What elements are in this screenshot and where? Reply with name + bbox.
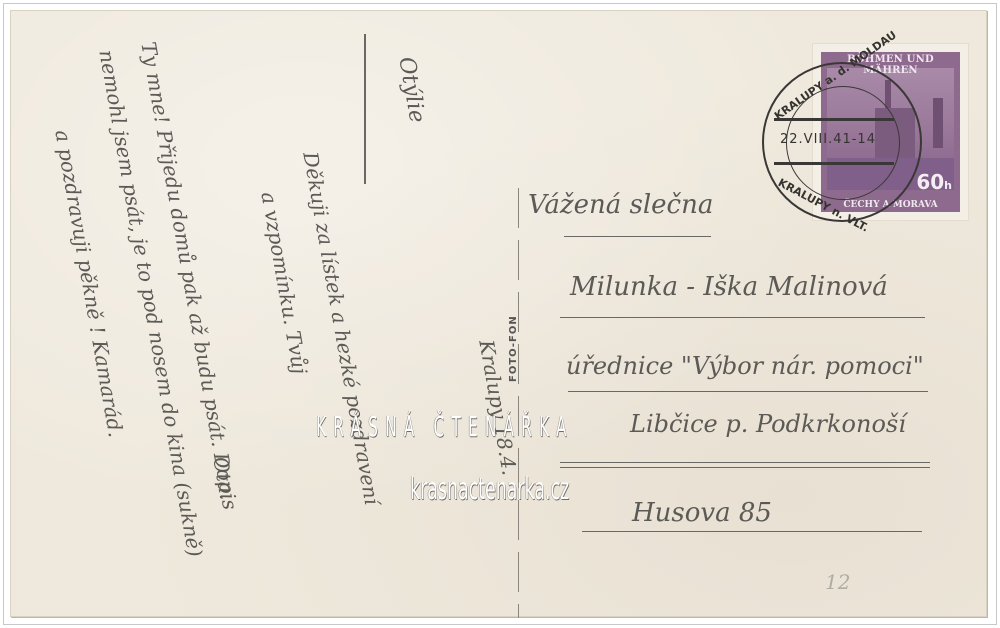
printer-mark: FOTO-FON [508, 315, 519, 382]
address-underline [560, 467, 930, 468]
address-line: Vážená slečna [528, 190, 713, 220]
address-line: Husova 85 [632, 498, 772, 528]
signature-stroke [364, 34, 366, 184]
greeting-line: Děkuji za lístek a hezké pozdravení [298, 150, 384, 507]
greeting-line: a vzpomínku. Tvůj [256, 190, 312, 376]
postcard-back: Ty mne! Přijedu domů pak až budu psát. D… [10, 10, 987, 617]
address-underline [582, 531, 922, 532]
greeting-line: Ota. [208, 455, 239, 501]
address-line: Milunka - Iška Malinová [570, 272, 888, 302]
address-underline [560, 317, 925, 318]
signature: Otýlie [393, 55, 429, 125]
address-underline [560, 462, 930, 463]
address-underline [564, 236, 711, 237]
corner-note: 12 [825, 570, 850, 594]
address-line: Libčice p. Podkrkonoší [630, 410, 906, 438]
postmark: KRALUPY a. d. MOLDAU 22.VIII.41-14 KRALU… [762, 62, 922, 222]
divider-line [518, 188, 519, 618]
address-line: úřednice "Výbor nár. pomoci" [566, 352, 924, 380]
watermark-url: krasnactenarka.cz [410, 472, 569, 507]
watermark-title: KRÁSNÁ ČTENÁŘKA [316, 410, 574, 443]
address-underline [568, 391, 928, 392]
postmark-date: 22.VIII.41-14 [780, 132, 876, 147]
stamp-value: 60h [916, 170, 952, 194]
